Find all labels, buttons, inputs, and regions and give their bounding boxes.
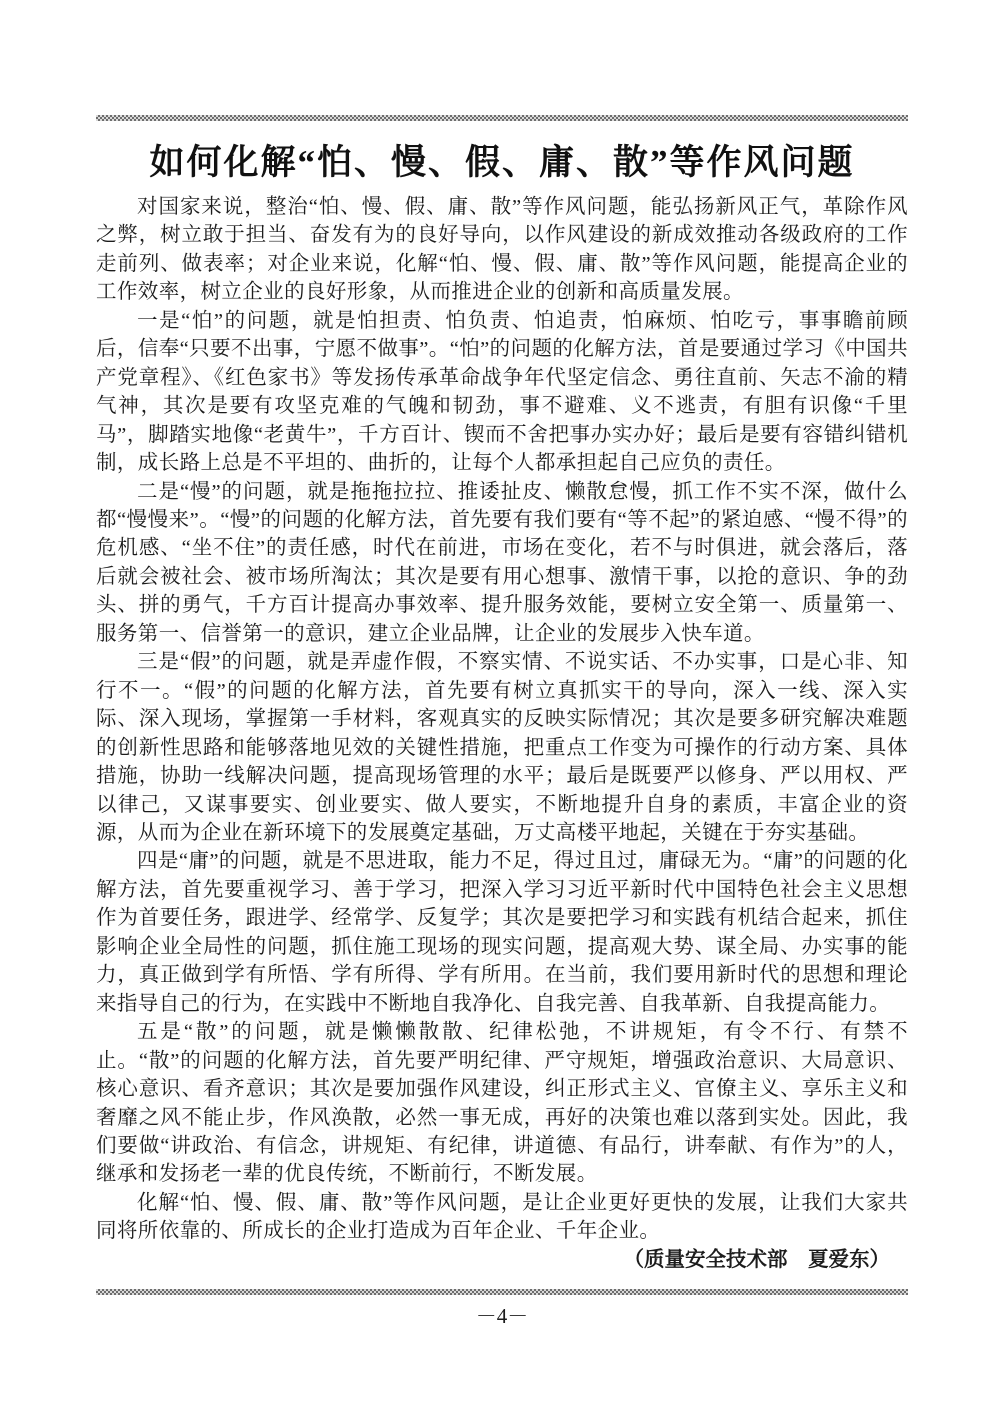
- page-number: －4－: [96, 1304, 908, 1328]
- paragraph-man-slow: 二是“慢”的问题，就是拖拖拉拉、推诿扯皮、懒散怠慢，抓工作不实不深，做什么都“慢…: [96, 478, 908, 649]
- top-border-rule: [96, 115, 908, 121]
- paragraph-yong-mediocre: 四是“庸”的问题，就是不思进取，能力不足，得过且过，庸碌无为。“庸”的问题的化解…: [96, 847, 908, 1018]
- paragraph-jia-fake: 三是“假”的问题，就是弄虚作假，不察实情、不说实话、不办实事，口是心非、知行不一…: [96, 648, 908, 847]
- article-body: 对国家来说，整治“怕、慢、假、庸、散”等作风问题，能弘扬新风正气，革除作风之弊，…: [96, 193, 908, 1246]
- paragraph-san-lax: 五是“散”的问题，就是懒懒散散、纪律松弛，不讲规矩，有令不行、有禁不止。“散”的…: [96, 1018, 908, 1189]
- paragraph-intro: 对国家来说，整治“怕、慢、假、庸、散”等作风问题，能弘扬新风正气，革除作风之弊，…: [96, 193, 908, 307]
- document-page: 如何化解“怕、慢、假、庸、散”等作风问题 对国家来说，整治“怕、慢、假、庸、散”…: [96, 115, 908, 1328]
- paragraph-pa-fear: 一是“怕”的问题，就是怕担责、怕负责、怕追责，怕麻烦、怕吃亏，事事瞻前顾后，信奉…: [96, 307, 908, 478]
- author-signature: （质量安全技术部 夏爱东）: [96, 1246, 908, 1274]
- paragraph-conclusion: 化解“怕、慢、假、庸、散”等作风问题，是让企业更好更快的发展，让我们大家共同将所…: [96, 1189, 908, 1246]
- bottom-border-rule: [96, 1289, 908, 1295]
- page-title: 如何化解“怕、慢、假、庸、散”等作风问题: [96, 142, 908, 184]
